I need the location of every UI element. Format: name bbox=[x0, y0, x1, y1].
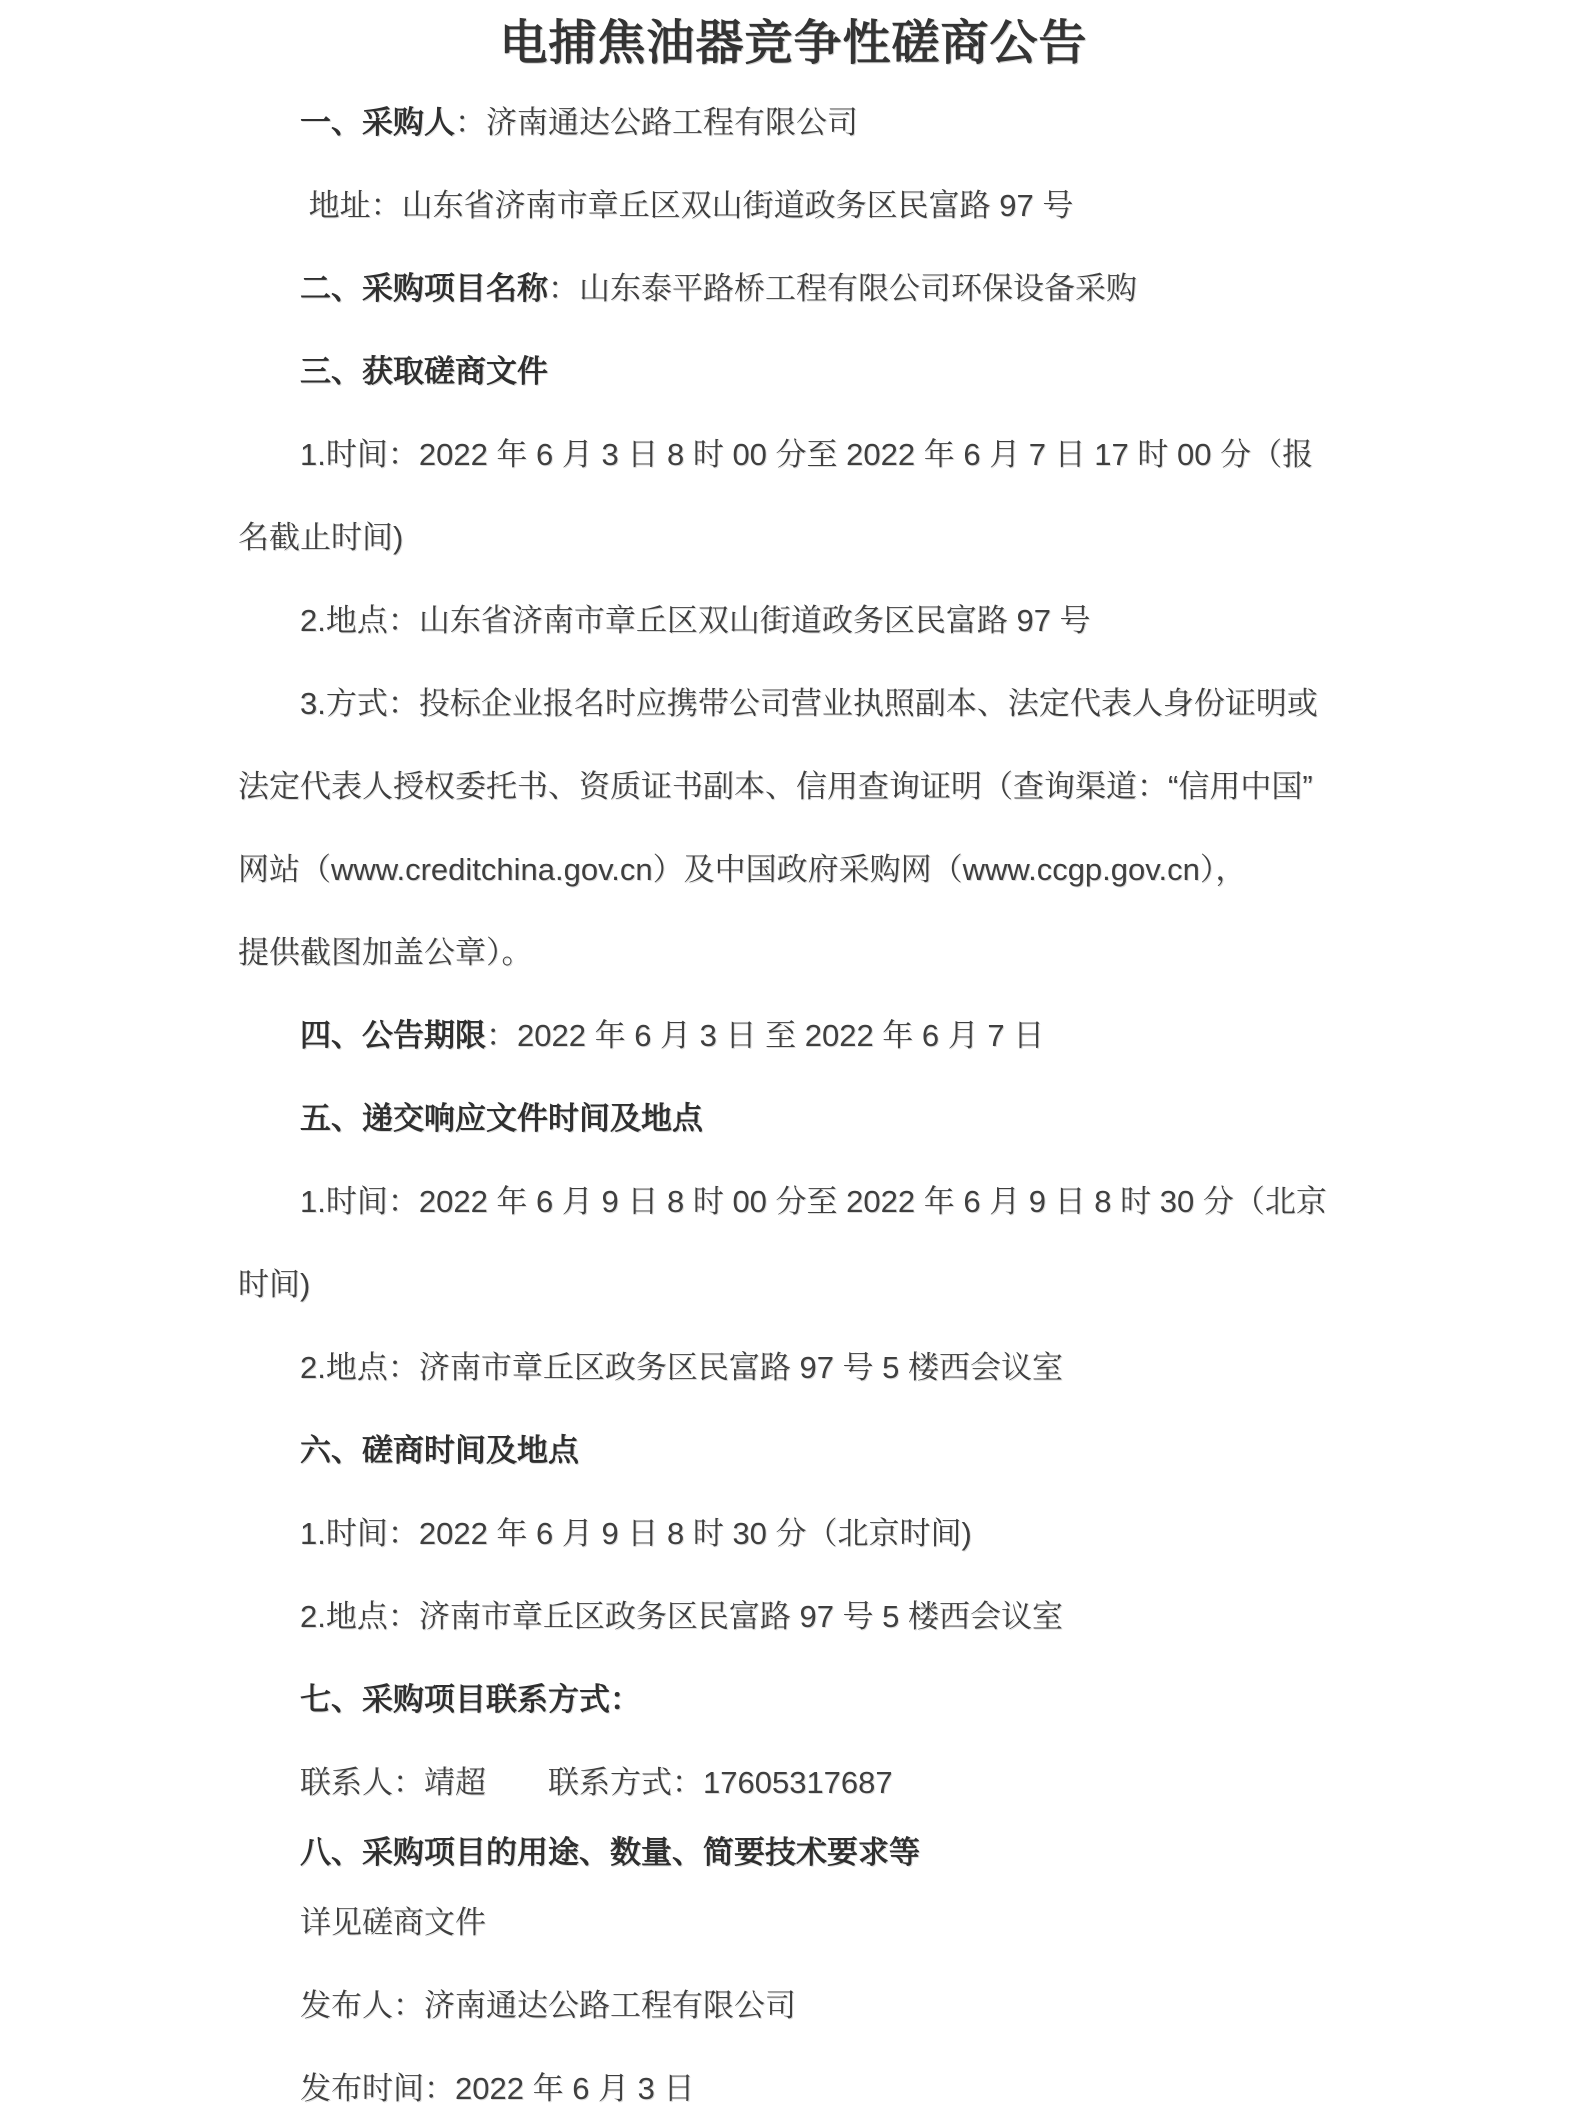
paragraph-purchaser: 一、采购人：济南通达公路工程有限公司 bbox=[238, 81, 1398, 164]
paragraph-obtain-place: 2.地点：山东省济南市章丘区双山街道政务区民富路 97 号 bbox=[238, 579, 1398, 662]
paragraph-details-reference: 详见磋商文件 bbox=[238, 1881, 1398, 1964]
paragraph-publisher: 发布人：济南通达公路工程有限公司 bbox=[238, 1964, 1398, 2047]
paragraph-section-contact-heading: 七、采购项目联系方式： bbox=[300, 1682, 641, 1717]
paragraph-section-contact: 七、采购项目联系方式： bbox=[238, 1658, 1398, 1741]
paragraph-submit-time-line-1: 1.时间：2022 年 6 月 9 日 8 时 00 分至 2022 年 6 月… bbox=[238, 1160, 1398, 1243]
paragraph-section-obtain-documents-heading: 三、获取磋商文件 bbox=[300, 354, 548, 389]
paragraph-submit-time-line-2: 时间) bbox=[238, 1243, 1398, 1326]
paragraph-obtain-method-line-1: 3.方式：投标企业报名时应携带公司营业执照副本、法定代表人身份证明或 bbox=[238, 662, 1398, 745]
paragraph-announcement-period: 四、公告期限：2022 年 6 月 3 日 至 2022 年 6 月 7 日 bbox=[238, 994, 1398, 1077]
paragraph-section-negotiation-heading: 六、磋商时间及地点 bbox=[300, 1433, 579, 1468]
paragraph-negotiation-time: 1.时间：2022 年 6 月 9 日 8 时 30 分（北京时间) bbox=[238, 1492, 1398, 1575]
paragraph-section-project-details: 八、采购项目的用途、数量、简要技术要求等 bbox=[238, 1824, 1398, 1881]
paragraph-purchaser-address: 地址：山东省济南市章丘区双山街道政务区民富路 97 号 bbox=[238, 164, 1398, 247]
document-body: 一、采购人：济南通达公路工程有限公司 地址：山东省济南市章丘区双山街道政务区民富… bbox=[238, 81, 1398, 2128]
paragraph-obtain-time-line-2: 名截止时间) bbox=[238, 496, 1398, 579]
paragraph-obtain-method-line-4: 提供截图加盖公章）。 bbox=[238, 911, 1398, 994]
paragraph-section-project-details-heading: 八、采购项目的用途、数量、简要技术要求等 bbox=[300, 1835, 920, 1870]
paragraph-section-submit-response-heading: 五、递交响应文件时间及地点 bbox=[300, 1101, 703, 1136]
paragraph-section-submit-response: 五、递交响应文件时间及地点 bbox=[238, 1077, 1398, 1160]
paragraph-section-obtain-documents: 三、获取磋商文件 bbox=[238, 330, 1398, 413]
paragraph-obtain-method-line-2: 法定代表人授权委托书、资质证书副本、信用查询证明（查询渠道：“信用中国” bbox=[238, 745, 1398, 828]
paragraph-obtain-time-line-1: 1.时间：2022 年 6 月 3 日 8 时 00 分至 2022 年 6 月… bbox=[238, 413, 1398, 496]
paragraph-purchaser-heading: 一、采购人 bbox=[300, 105, 455, 140]
paragraph-announcement-period-heading: 四、公告期限 bbox=[300, 1018, 486, 1053]
paragraph-obtain-method-line-3: 网站（www.creditchina.gov.cn）及中国政府采购网（www.c… bbox=[238, 828, 1398, 911]
announcement-document: 电捕焦油器竞争性磋商公告 一、采购人：济南通达公路工程有限公司 地址：山东省济南… bbox=[0, 0, 1587, 2128]
paragraph-project-name: 二、采购项目名称：山东泰平路桥工程有限公司环保设备采购 bbox=[238, 247, 1398, 330]
paragraph-project-name-heading: 二、采购项目名称 bbox=[300, 271, 548, 306]
paragraph-contact-info: 联系人：靖超 联系方式：17605317687 bbox=[238, 1741, 1398, 1824]
paragraph-submit-place: 2.地点：济南市章丘区政务区民富路 97 号 5 楼西会议室 bbox=[238, 1326, 1398, 1409]
document-title: 电捕焦油器竞争性磋商公告 bbox=[0, 0, 1587, 81]
paragraph-negotiation-place: 2.地点：济南市章丘区政务区民富路 97 号 5 楼西会议室 bbox=[238, 1575, 1398, 1658]
paragraph-publish-date: 发布时间：2022 年 6 月 3 日 bbox=[238, 2047, 1398, 2128]
paragraph-section-negotiation: 六、磋商时间及地点 bbox=[238, 1409, 1398, 1492]
